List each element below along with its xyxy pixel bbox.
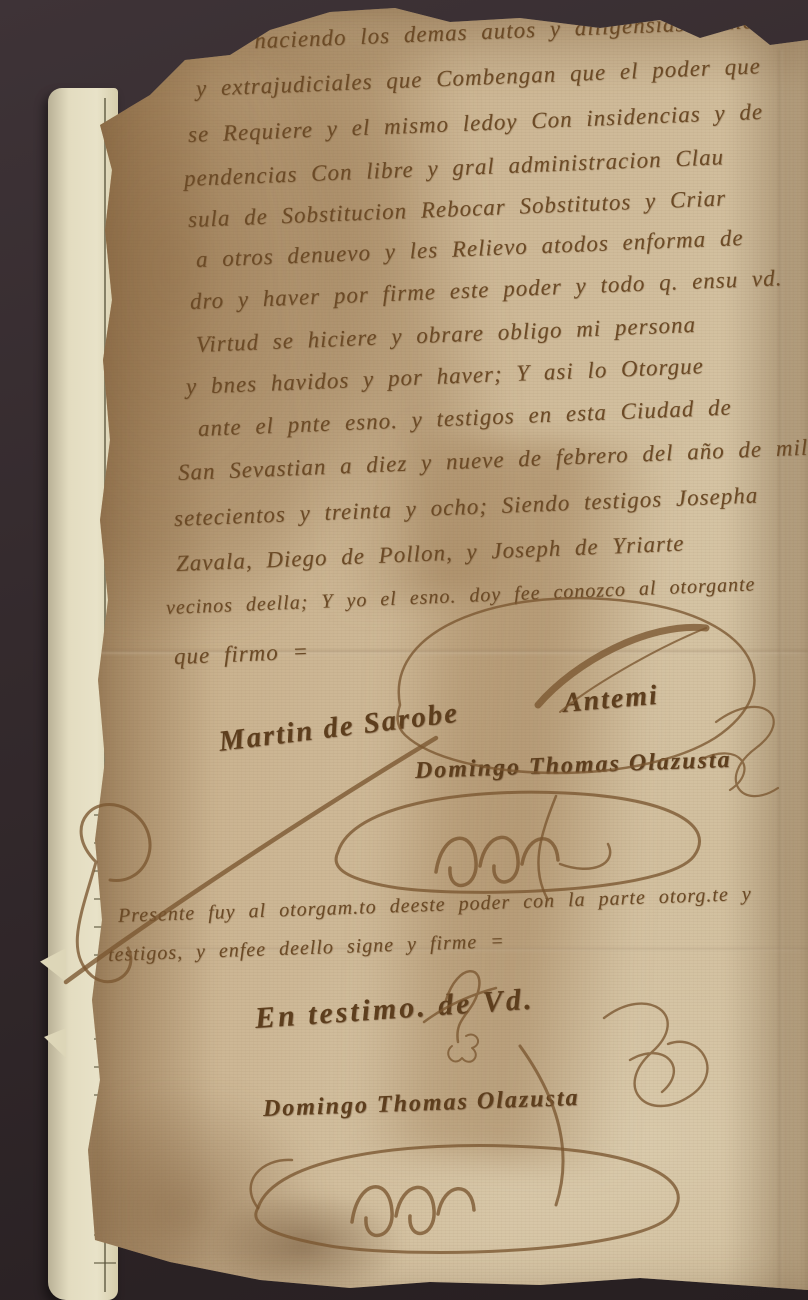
manuscript-line: San Sevastian a diez y nueve de febrero … xyxy=(177,435,808,486)
manuscript-line: Zavala, Diego de Pollon, y Joseph de Yri… xyxy=(175,531,684,577)
signature-notary-lower: Domingo Thomas Olazusta xyxy=(263,1085,580,1123)
manuscript-line: y extrajudiciales que Combengan que el p… xyxy=(195,53,761,102)
manuscript-line: les haciendo los demas autos y diligensi… xyxy=(211,6,802,56)
manuscript-line: setecientos y treinta y ocho; Siendo tes… xyxy=(173,483,758,532)
manuscript-line: vecinos deella; Y yo el esno. doy fee co… xyxy=(166,573,756,620)
manuscript-line: dro y haver por firme este poder y todo … xyxy=(189,265,782,315)
manuscript-line: a otros denuevo y les Relievo atodos enf… xyxy=(195,225,744,273)
notarial-signo-text: En testimo. de Vd. xyxy=(254,983,536,1036)
signature-ante-mi: Antemi xyxy=(562,680,660,720)
gutter-shadow xyxy=(725,0,808,1300)
manuscript-line: Virtud se hiciere y obrare obligo mi per… xyxy=(195,312,696,358)
manuscript-line: y bnes havidos y por haver; Y asi lo Oto… xyxy=(185,353,704,400)
fold-crease xyxy=(779,50,782,1290)
manuscript-line: que firmo = xyxy=(173,639,309,670)
manuscript-line: ante el pnte esno. y testigos en esta Ci… xyxy=(197,395,732,442)
manuscript-line: sula de Sobstitucion Rebocar Sobstitutos… xyxy=(187,185,726,233)
manuscript-line: pendencias Con libre y gral administraci… xyxy=(183,144,724,192)
manuscript-line: se Requiere y el mismo ledoy Con insiden… xyxy=(187,99,763,148)
photograph-of-manuscript: les haciendo los demas autos y diligensi… xyxy=(0,0,808,1300)
stain-overlay xyxy=(205,1190,405,1300)
attestation-line: testigos, y enfee deello signe y firme = xyxy=(108,930,505,967)
signature-notary-upper: Domingo Thomas Olazusta xyxy=(415,747,732,785)
signature-grantor: Martin de Sarobe xyxy=(217,697,461,759)
manuscript-page: les haciendo los demas autos y diligensi… xyxy=(85,0,808,1300)
attestation-line: Presente fuy al otorgam.to deeste poder … xyxy=(118,883,752,928)
